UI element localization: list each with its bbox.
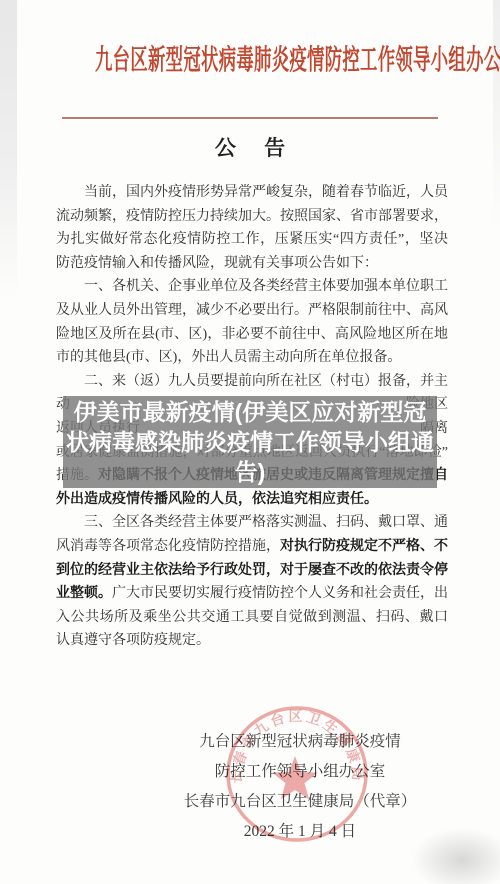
body-line: 入公共场所及乘坐公共交通工具要自觉做到测温、扫码、戴口罩， <box>56 606 448 630</box>
body-line: 一、各机关、企事业单位及各类经营主体要加强本单位职工 <box>56 275 448 299</box>
body-line: 到位的经营业主依法给予行政处罚，对于屡查不改的依法责令停 <box>56 559 448 583</box>
body-line: 认真遵守各项防疫规定。 <box>56 629 448 653</box>
star-icon <box>272 756 318 799</box>
body-line: 风消毒等各项常态化疫情防控措施，对执行防疫规定不严格、不 <box>56 535 448 559</box>
body-line: 防范疫情输入和传播风险，现就有关事项公告如下： <box>56 252 448 276</box>
body-line: 市的其他县(市、区)，外出人员需主动向所在单位报备。 <box>56 346 448 370</box>
body-line: 及从业人员外出管理，减少不必要出行。严格限制前往中、高风 <box>56 299 448 323</box>
body-line: 业整顿。广大市民要切实履行疫情防控个人义务和社会责任，出 <box>56 582 448 606</box>
body-line: 外出造成疫情传播风险的人员，依法追究相应责任。 <box>56 488 448 512</box>
letterhead-title: 九台区新型冠状病毒肺炎疫情防控工作领导小组办公室 <box>95 38 405 78</box>
caption-overlay: 伊美市最新疫情(伊美区应对新型冠状病毒感染肺炎疫情工作领导小组通告) <box>63 396 437 488</box>
body-line: 险地区及所在县(市、区)，非必要不前往中、高风险地区所在地 <box>56 323 448 347</box>
notice-title: 公 告 <box>0 132 500 162</box>
letterhead-divider <box>62 117 438 119</box>
body-line: 为扎实做好常态化疫情防控工作，压紧压实“四方责任”，坚决 <box>56 228 448 252</box>
body-line: 流动频繁，疫情防控压力持续加大。按照国家、省市部署要求， <box>56 205 448 229</box>
document-photo: 九台区新型冠状病毒肺炎疫情防控工作领导小组办公室 公 告 当前，国内外疫情形势异… <box>0 0 500 884</box>
official-seal-stamp: 长春市九台区卫生健康局 <box>222 700 372 850</box>
photo-edge-right <box>493 0 500 230</box>
body-line: 二、来（返）九人员要提前向所在社区（村屯）报备，并主 <box>56 370 448 394</box>
body-line: 当前，国内外疫情形势异常严峻复杂，随着春节临近，人员 <box>56 181 448 205</box>
caption-text: 伊美市最新疫情(伊美区应对新型冠状病毒感染肺炎疫情工作领导小组通告) <box>63 397 437 487</box>
body-line: 三、全区各类经营主体要严格落实测温、扫码、戴口罩、通 <box>56 511 448 535</box>
